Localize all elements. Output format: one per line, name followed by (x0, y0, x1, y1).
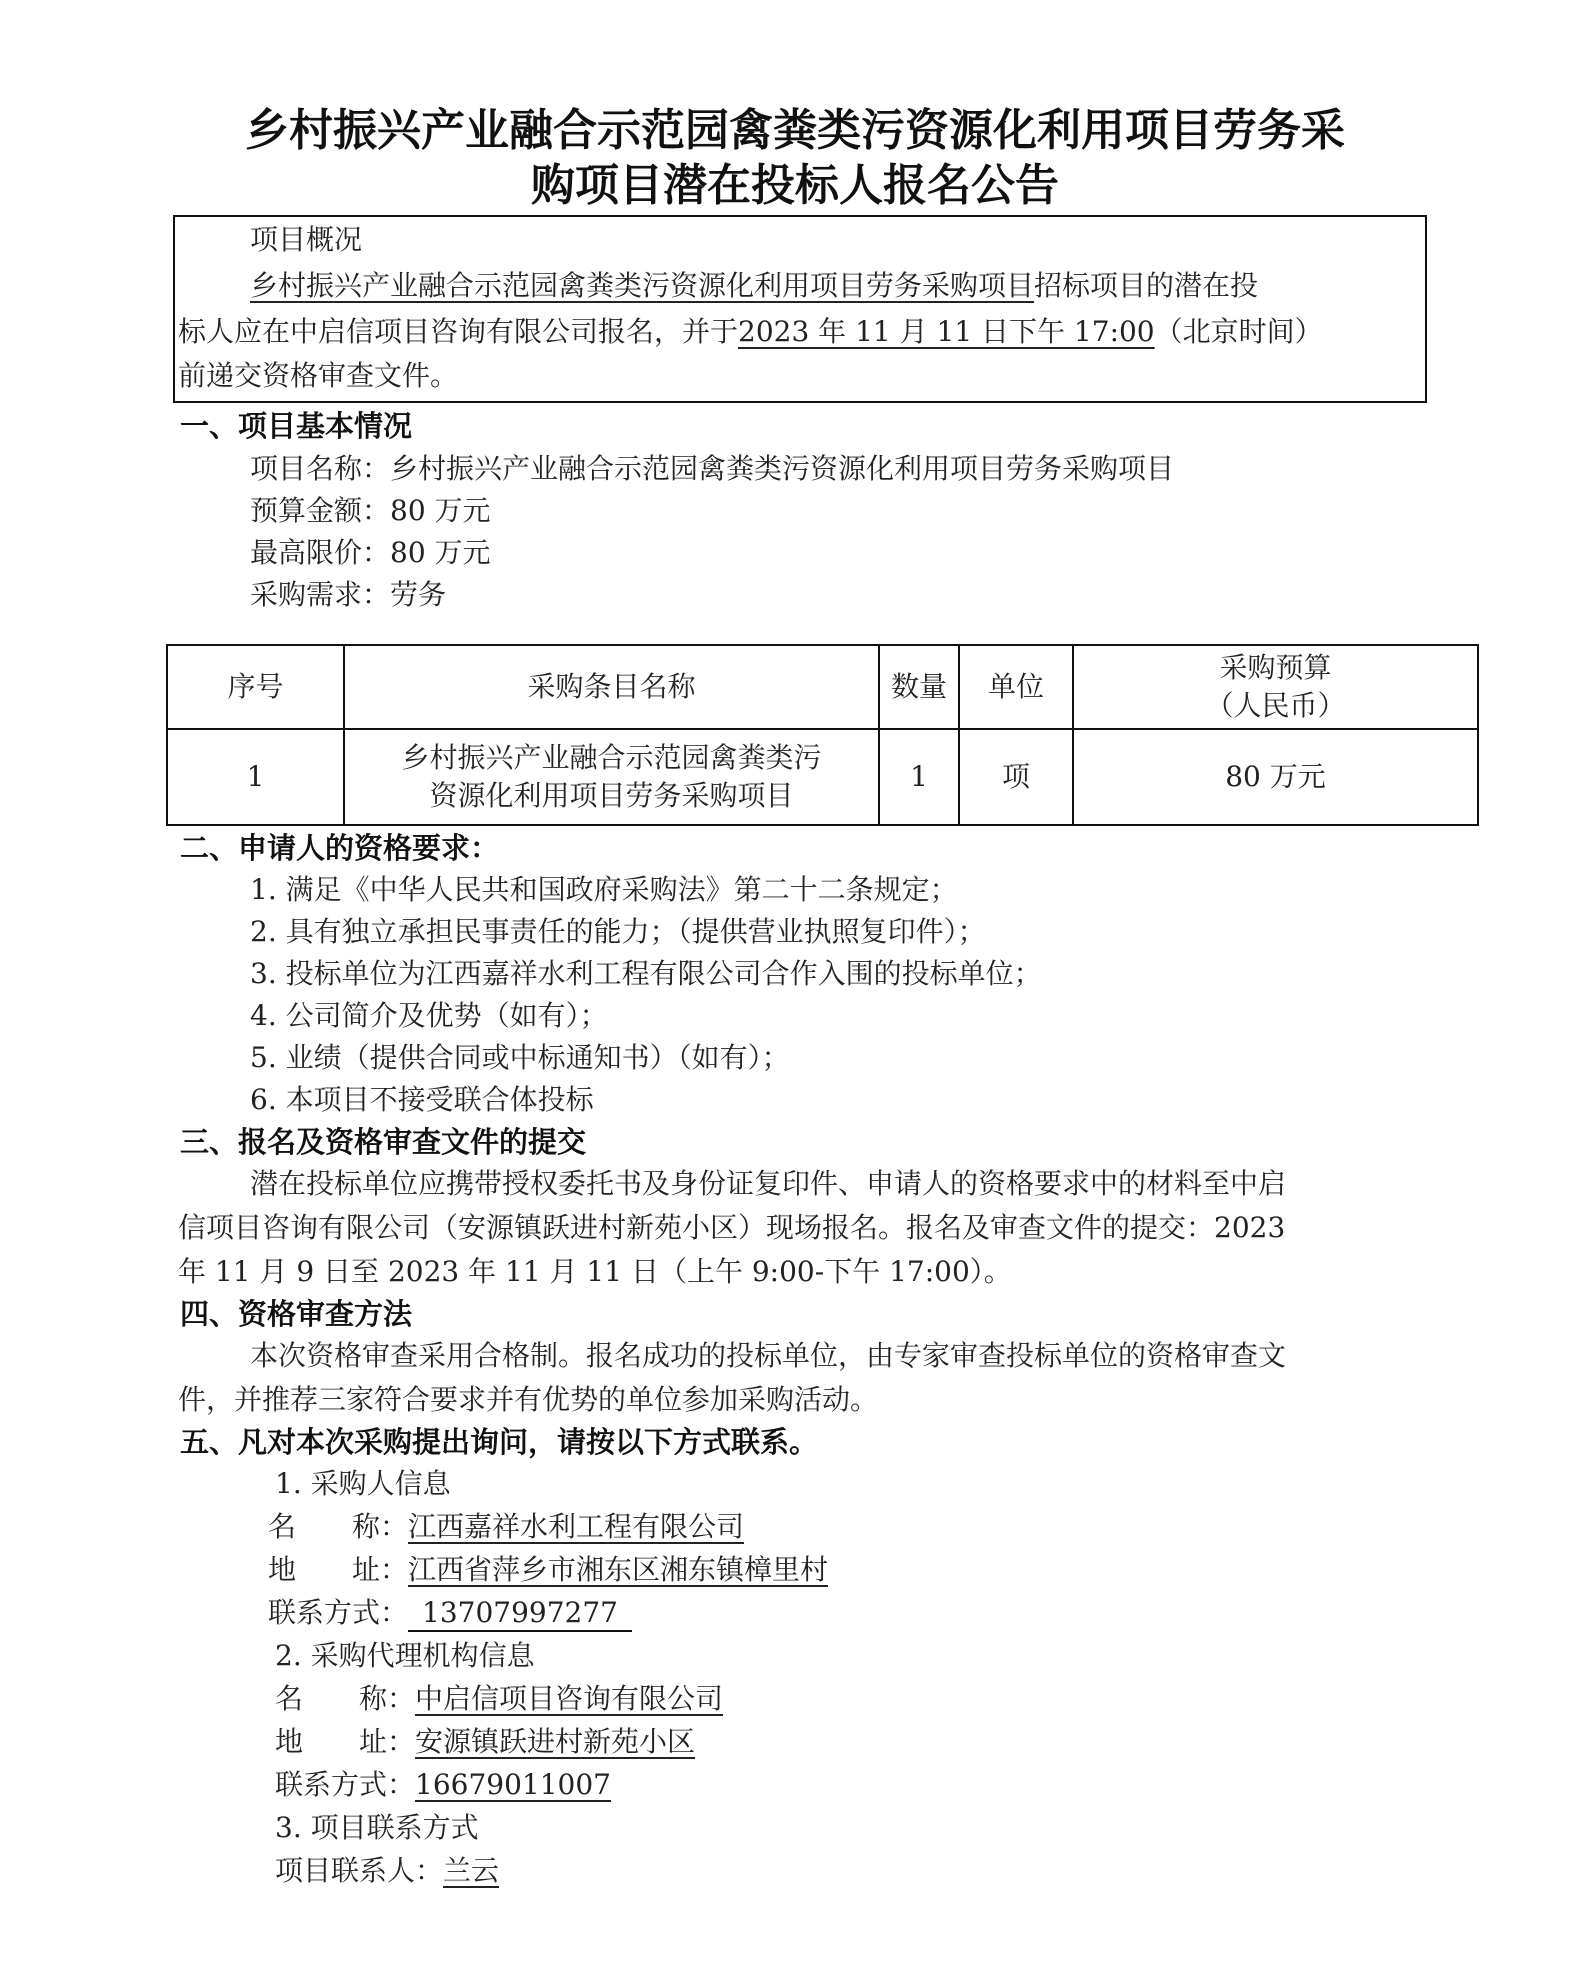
project-contact-heading: 3. 项目联系方式 (275, 1808, 479, 1848)
section4-line1: 本次资格审查采用合格制。报名成功的投标单位，由专家审查投标单位的资格审查文 (250, 1336, 1286, 1376)
agency-name-label: 名 称： (275, 1682, 415, 1715)
purchaser-contact: 13707997277 (408, 1596, 632, 1632)
section1-heading: 一、项目基本情况 (180, 406, 412, 446)
overview-label: 项目概况 (250, 220, 362, 260)
purchaser-address-label: 地 址： (268, 1553, 408, 1586)
header-item-name: 采购条目名称 (344, 645, 879, 729)
agency-name-row: 名 称：中启信项目咨询有限公司 (275, 1679, 723, 1719)
cell-index: 1 (167, 729, 344, 825)
requirement-item-4: 4. 公司简介及优势（如有）； (250, 996, 608, 1036)
purchaser-name-label: 名 称： (268, 1510, 408, 1543)
overview-project-name: 乡村振兴产业融合示范园禽粪类污资源化利用项目劳务采购项目 (250, 269, 1034, 302)
purchaser-name: 江西嘉祥水利工程有限公司 (408, 1510, 744, 1543)
project-contact-person: 兰云 (443, 1854, 499, 1887)
agency-address-row: 地 址：安源镇跃进村新苑小区 (275, 1722, 695, 1762)
overview-text-after-name: 招标项目的潜在投 (1034, 269, 1258, 302)
section5-heading: 五、凡对本次采购提出询问，请按以下方式联系。 (180, 1422, 818, 1462)
agency-address-label: 地 址： (275, 1725, 415, 1758)
table-row: 1 乡村振兴产业融合示范园禽粪类污 资源化利用项目劳务采购项目 1 项 80 万… (167, 729, 1478, 825)
purchaser-contact-row: 联系方式：13707997277 (268, 1593, 632, 1633)
requirement-item-5: 5. 业绩（提供合同或中标通知书）（如有）； (250, 1038, 790, 1078)
header-unit: 单位 (959, 645, 1073, 729)
field-value: 80 万元 (390, 494, 491, 527)
requirement-item-1: 1. 满足《中华人民共和国政府采购法》第二十二条规定； (250, 870, 958, 910)
field-project-name: 项目名称：乡村振兴产业融合示范园禽粪类污资源化利用项目劳务采购项目 (250, 449, 1174, 489)
cell-budget: 80 万元 (1073, 729, 1478, 825)
overview-line3: 前递交资格审查文件。 (178, 356, 458, 396)
field-label: 预算金额： (250, 494, 390, 527)
agency-contact: 16679011007 (415, 1768, 611, 1801)
cell-item-name-line1: 乡村振兴产业融合示范园禽粪类污 (345, 739, 878, 777)
requirement-item-3: 3. 投标单位为江西嘉祥水利工程有限公司合作入围的投标单位； (250, 954, 1042, 994)
section4-heading: 四、资格审查方法 (180, 1294, 412, 1334)
header-budget-line1: 采购预算 (1074, 649, 1477, 687)
field-label: 最高限价： (250, 536, 390, 569)
agency-contact-row: 联系方式：16679011007 (275, 1765, 611, 1805)
purchaser-name-row: 名 称：江西嘉祥水利工程有限公司 (268, 1507, 744, 1547)
header-quantity: 数量 (879, 645, 959, 729)
agency-heading: 2. 采购代理机构信息 (275, 1636, 535, 1676)
overview-before-date: 标人应在中启信项目咨询有限公司报名，并于 (178, 315, 738, 348)
document-title-line1: 乡村振兴产业融合示范园禽粪类污资源化利用项目劳务采 (150, 105, 1440, 157)
field-label: 项目名称： (250, 452, 390, 485)
purchaser-address: 江西省萍乡市湘东区湘东镇樟里村 (408, 1553, 828, 1586)
field-value: 劳务 (390, 578, 446, 611)
field-requirement: 采购需求：劳务 (250, 575, 446, 615)
table-header-row: 序号 采购条目名称 数量 单位 采购预算 （人民币） (167, 645, 1478, 729)
overview-line1: 乡村振兴产业融合示范园禽粪类污资源化利用项目劳务采购项目招标项目的潜在投 (250, 266, 1258, 306)
purchaser-address-row: 地 址：江西省萍乡市湘东区湘东镇樟里村 (268, 1550, 828, 1590)
overview-line2: 标人应在中启信项目咨询有限公司报名，并于2023 年 11 月 11 日下午 1… (178, 312, 1323, 352)
cell-item-name-line2: 资源化利用项目劳务采购项目 (345, 777, 878, 815)
requirement-item-6: 6. 本项目不接受联合体投标 (250, 1080, 594, 1120)
section3-line3: 年 11 月 9 日至 2023 年 11 月 11 日（上午 9:00-下午 … (178, 1252, 1012, 1292)
cell-unit: 项 (959, 729, 1073, 825)
section3-line1: 潜在投标单位应携带授权委托书及身份证复印件、申请人的资格要求中的材料至中启 (250, 1164, 1286, 1204)
overview-timezone: （北京时间） (1155, 315, 1323, 348)
cell-item-name: 乡村振兴产业融合示范园禽粪类污 资源化利用项目劳务采购项目 (344, 729, 879, 825)
agency-address: 安源镇跃进村新苑小区 (415, 1725, 695, 1758)
project-contact-row: 项目联系人：兰云 (275, 1851, 499, 1891)
cell-quantity: 1 (879, 729, 959, 825)
document-title-line2: 购项目潜在投标人报名公告 (150, 160, 1440, 212)
agency-contact-label: 联系方式： (275, 1768, 415, 1801)
agency-name: 中启信项目咨询有限公司 (415, 1682, 723, 1715)
header-index: 序号 (167, 645, 344, 729)
purchaser-heading: 1. 采购人信息 (275, 1464, 451, 1504)
header-budget-line2: （人民币） (1074, 687, 1477, 725)
field-value: 乡村振兴产业融合示范园禽粪类污资源化利用项目劳务采购项目 (390, 452, 1174, 485)
section2-heading: 二、申请人的资格要求： (180, 828, 499, 868)
field-value: 80 万元 (390, 536, 491, 569)
header-budget: 采购预算 （人民币） (1073, 645, 1478, 729)
field-budget: 预算金额：80 万元 (250, 491, 491, 531)
overview-deadline: 2023 年 11 月 11 日下午 17:00 (738, 315, 1155, 348)
section3-heading: 三、报名及资格审查文件的提交 (180, 1122, 586, 1162)
field-max-price: 最高限价：80 万元 (250, 533, 491, 573)
requirement-item-2: 2. 具有独立承担民事责任的能力；（提供营业执照复印件）； (250, 912, 986, 952)
field-label: 采购需求： (250, 578, 390, 611)
purchaser-contact-label: 联系方式： (268, 1596, 408, 1629)
procurement-table: 序号 采购条目名称 数量 单位 采购预算 （人民币） 1 乡村振兴产业融合示范园… (166, 644, 1479, 826)
project-contact-label: 项目联系人： (275, 1854, 443, 1887)
section4-line2: 件，并推荐三家符合要求并有优势的单位参加采购活动。 (178, 1380, 878, 1420)
section3-line2: 信项目咨询有限公司（安源镇跃进村新苑小区）现场报名。报名及审查文件的提交：202… (178, 1208, 1285, 1248)
